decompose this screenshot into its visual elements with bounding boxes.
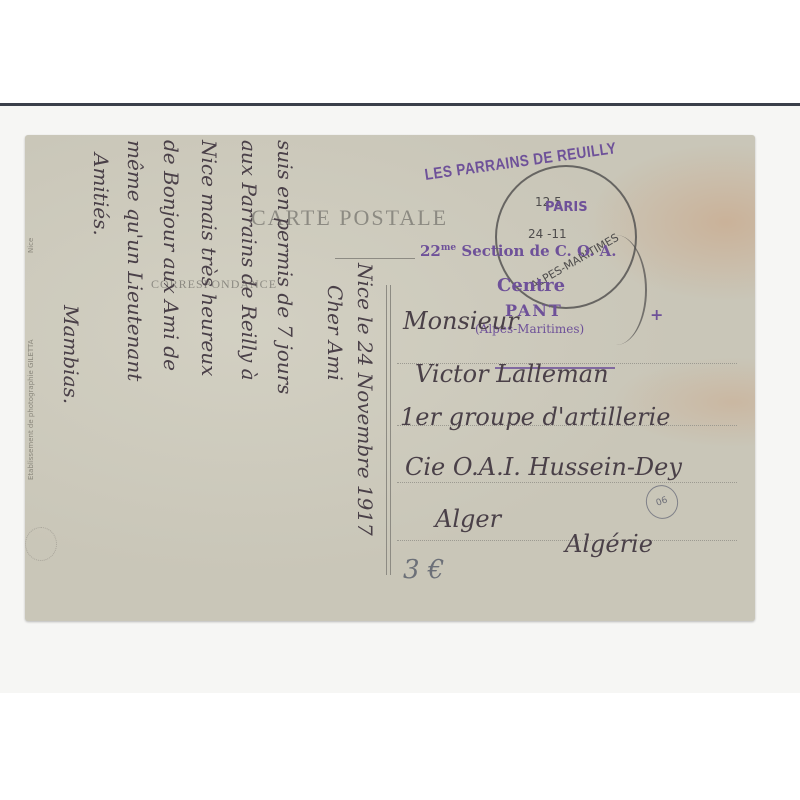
stamp-section-text: Section de C. O. A.: [461, 242, 616, 260]
message-line: Nice mais très heureux: [197, 140, 221, 376]
pencil-price: 3 €: [403, 555, 444, 585]
stamp-area-line: [335, 258, 415, 259]
address-name: Victor Lalleman: [415, 360, 609, 388]
postcard: CARTE POSTALE CORRESPONDANCE Nice Etabli…: [25, 135, 755, 621]
message-line: de Bonjour aux Ami de: [159, 140, 183, 371]
message-line: aux Parrains de Reilly à: [237, 140, 261, 381]
address-country: Algérie: [565, 530, 653, 558]
signature: Mambias.: [59, 305, 83, 404]
message-line-greeting: Cher Ami: [323, 285, 347, 381]
divider-line: [386, 285, 391, 575]
publisher-city: Nice: [27, 238, 35, 253]
message-line: suis en permis de 7 jours: [273, 140, 297, 394]
postmark-date: 24 -11: [528, 227, 567, 241]
message-line-date: Nice le 24 Novembre 1917: [353, 263, 377, 536]
dept-code: 06: [655, 495, 669, 508]
publisher-credit: Etablissement de photographie GILETTA: [27, 339, 35, 480]
address-line: [397, 482, 737, 483]
stamp-city: PARIS: [545, 200, 588, 215]
embossed-seal: [25, 527, 57, 561]
stamp-mark: +: [650, 305, 663, 324]
message-line: Amitiés.: [89, 153, 113, 236]
address-salutation: Monsieur: [403, 307, 519, 335]
address-unit: 1er groupe d'artillerie: [400, 403, 670, 431]
message-line: même qu'un Lieutenant: [123, 140, 147, 381]
stamp-section-number: 22: [420, 242, 441, 260]
stamp-section: 22me Section de C. O. A.: [420, 242, 617, 260]
address-city: Alger: [435, 505, 501, 533]
stamp-section-suffix: me: [441, 243, 456, 253]
address-company: Cie O.A.I. Hussein-Dey: [405, 453, 682, 481]
stamp-centre: Centre: [497, 275, 565, 296]
dept-code-badge: 06: [641, 481, 683, 524]
